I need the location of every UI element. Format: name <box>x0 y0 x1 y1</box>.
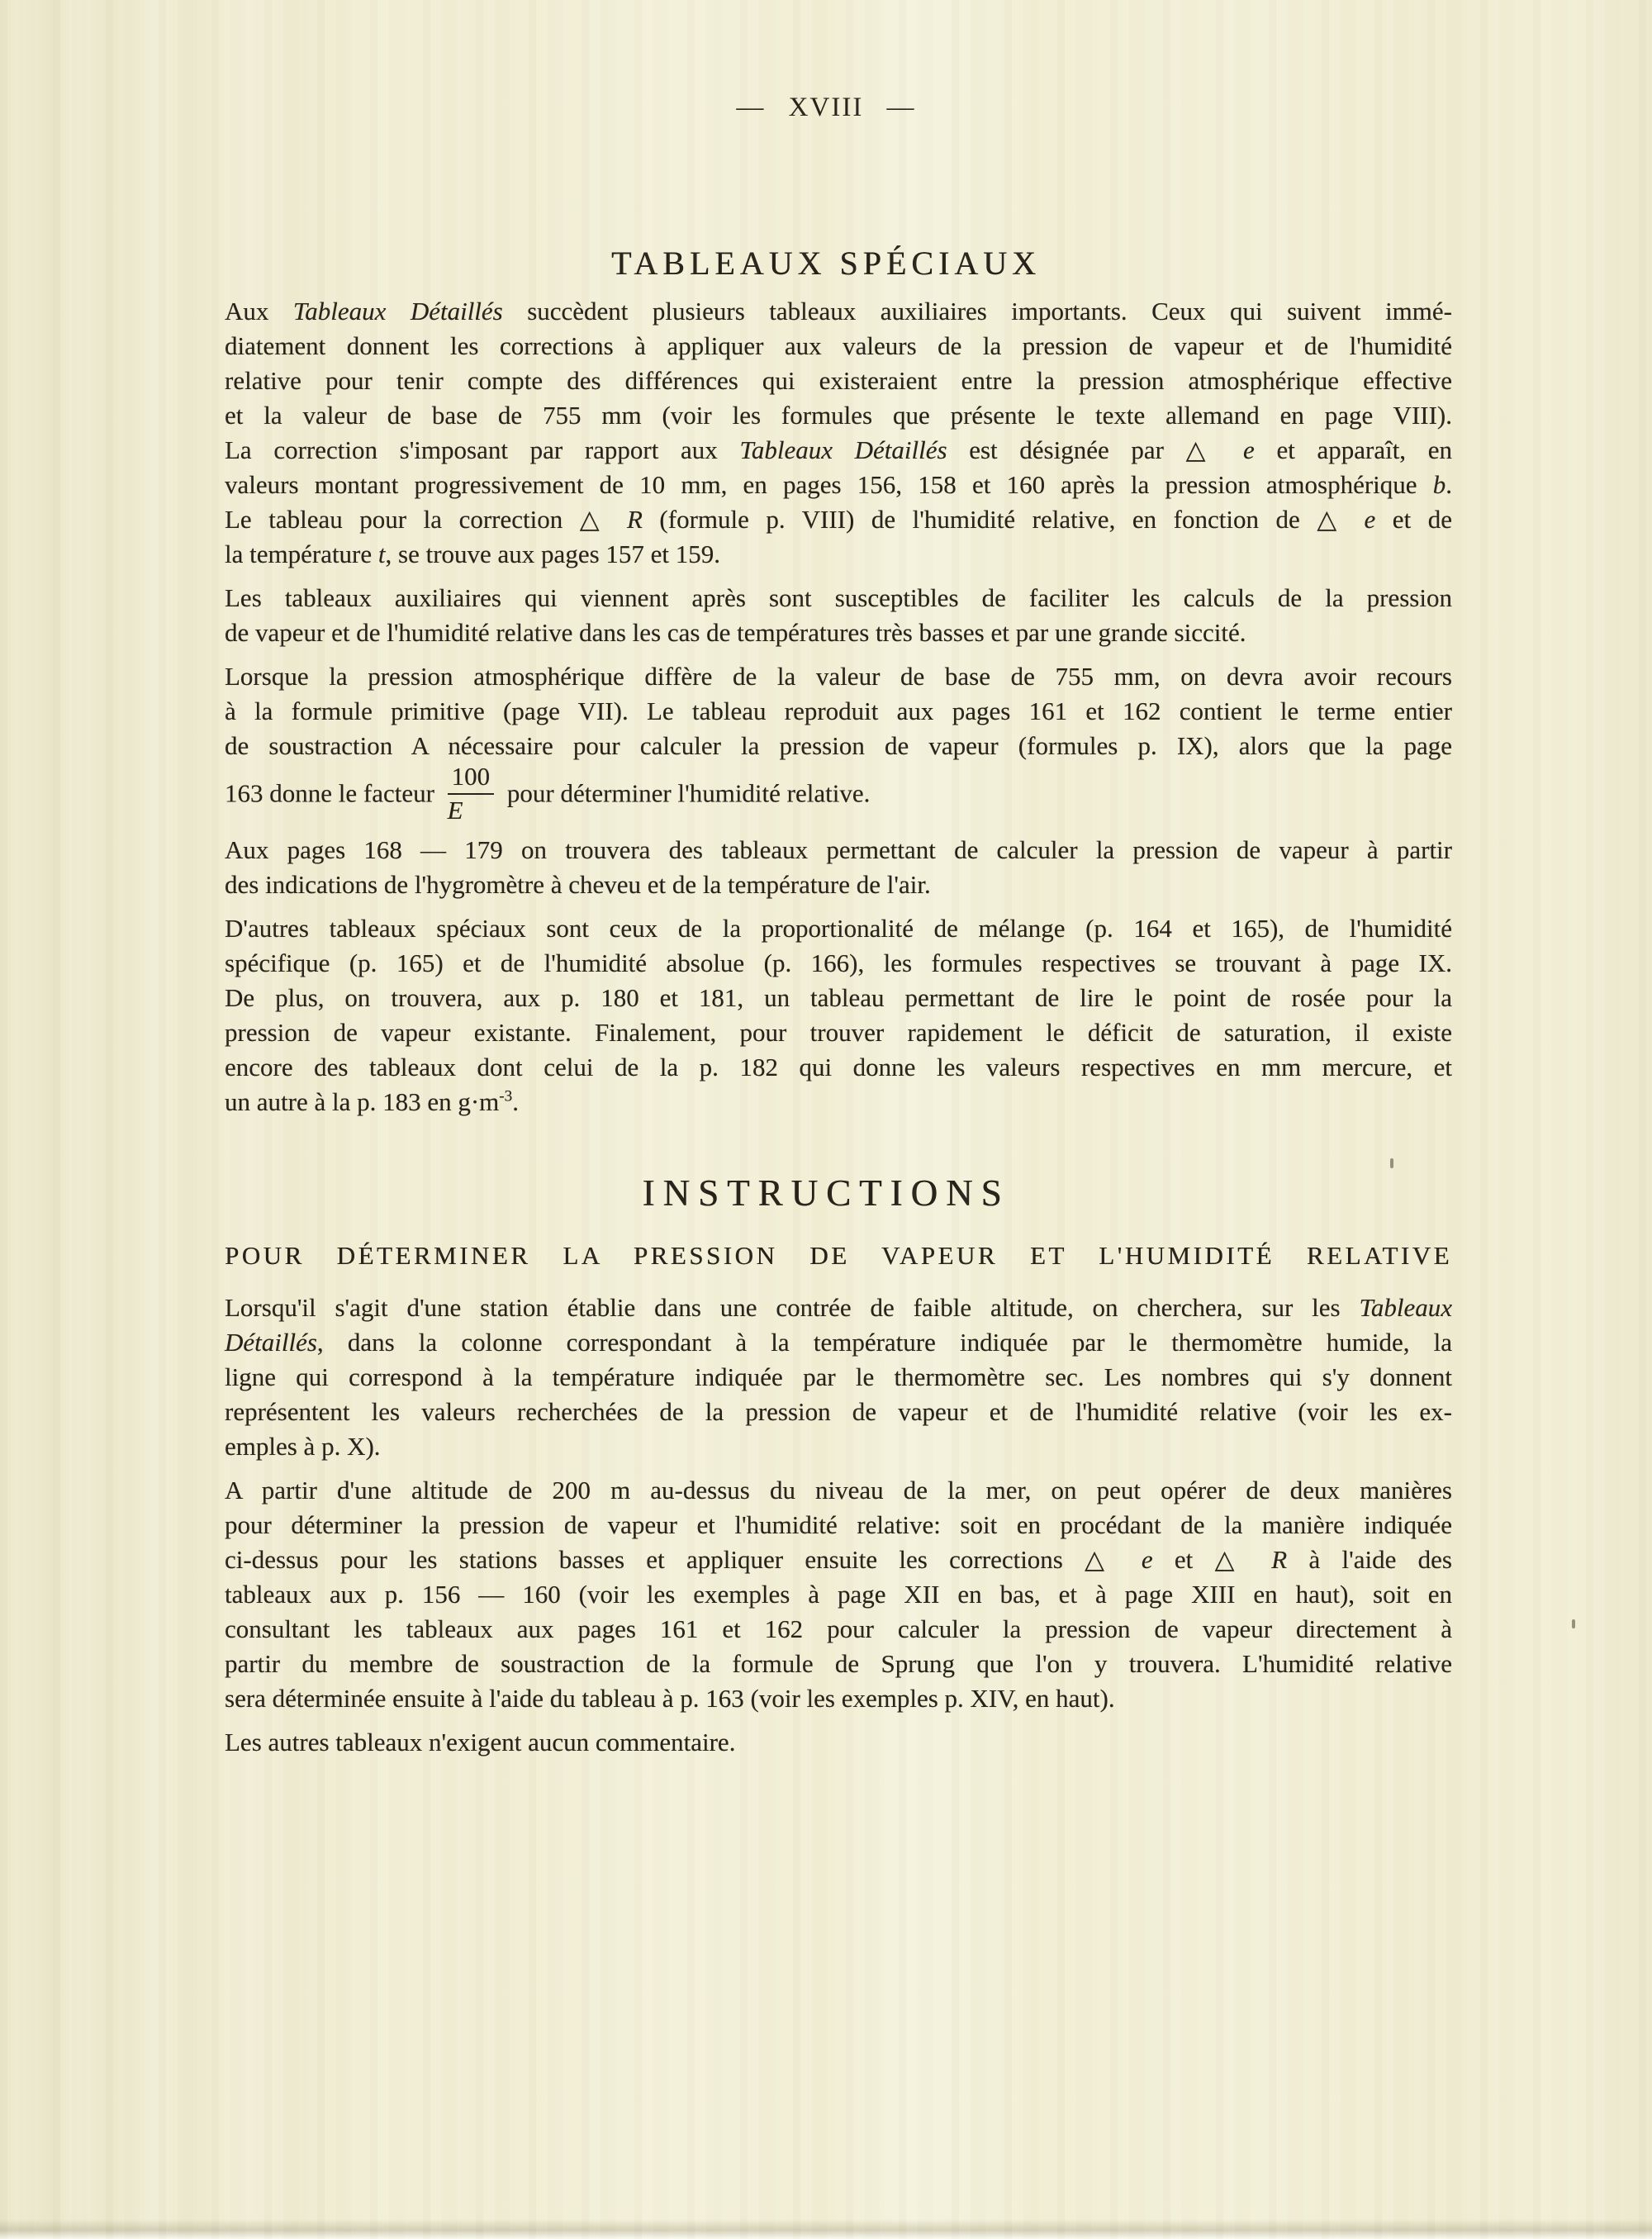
text-line: emples à p. X). <box>225 1429 1452 1464</box>
page-bottom-edge <box>0 2219 1652 2239</box>
paragraph: Lorsque la pression atmosphérique diffèr… <box>225 659 1452 824</box>
text-line: Détaillés, dans la colonne correspondant… <box>225 1325 1452 1360</box>
paragraph: A partir d'une altitude de 200 m au-dess… <box>225 1473 1452 1716</box>
scanned-page: — XVIII — TABLEAUX SPÉCIAUX Aux Tableaux… <box>0 0 1652 2239</box>
ink-speck <box>1572 1619 1575 1628</box>
text-line: Le tableau pour la correction △ R (formu… <box>225 502 1452 537</box>
text-line: relative pour tenir compte des différenc… <box>225 364 1452 398</box>
text-line: ci-dessus pour les stations basses et ap… <box>225 1543 1452 1577</box>
text-line: consultant les tableaux aux pages 161 et… <box>225 1612 1452 1647</box>
text-line: pour déterminer la pression de vapeur et… <box>225 1508 1452 1543</box>
text-line: A partir d'une altitude de 200 m au-dess… <box>225 1473 1452 1508</box>
text-line: sera déterminée ensuite à l'aide du tabl… <box>225 1681 1452 1716</box>
text-line: Lorsque la pression atmosphérique diffèr… <box>225 659 1452 694</box>
instructions-subtitle: POUR DÉTERMINER LA PRESSION DE VAPEUR ET… <box>225 1241 1452 1271</box>
text-line: de soustraction A nécessaire pour calcul… <box>225 729 1452 763</box>
section-title-tableaux-speciaux: TABLEAUX SPÉCIAUX <box>0 244 1652 283</box>
text-line: D'autres tableaux spéciaux sont ceux de … <box>225 911 1452 946</box>
paragraph: Aux pages 168 — 179 on trouvera des tabl… <box>225 833 1452 902</box>
text-line: partir du membre de soustraction de la f… <box>225 1647 1452 1681</box>
text-line: Lorsqu'il s'agit d'une station établie d… <box>225 1291 1452 1325</box>
text-line: encore des tableaux dont celui de la p. … <box>225 1050 1452 1085</box>
text-line: ligne qui correspond à la température in… <box>225 1360 1452 1395</box>
paragraph: Les tableaux auxiliaires qui viennent ap… <box>225 581 1452 650</box>
text-line: représentent les valeurs recherchées de … <box>225 1395 1452 1429</box>
text-line: à la formule primitive (page VII). Le ta… <box>225 694 1452 729</box>
text-line: Les autres tableaux n'exigent aucun comm… <box>225 1725 1452 1760</box>
paragraph: Lorsqu'il s'agit d'une station établie d… <box>225 1291 1452 1464</box>
section-title-instructions: INSTRUCTIONS <box>0 1172 1652 1215</box>
text-line: spécifique (p. 165) et de l'humidité abs… <box>225 946 1452 981</box>
text-line: un autre à la p. 183 en g·m-3. <box>225 1085 1452 1119</box>
text-line: de vapeur et de l'humidité relative dans… <box>225 616 1452 650</box>
paragraph: D'autres tableaux spéciaux sont ceux de … <box>225 911 1452 1119</box>
text-line: De plus, on trouvera, aux p. 180 et 181,… <box>225 981 1452 1015</box>
text-line: pression de vapeur existante. Finalement… <box>225 1015 1452 1050</box>
section-instructions-body: Lorsqu'il s'agit d'une station établie d… <box>225 1291 1452 1769</box>
text-line: Les tableaux auxiliaires qui viennent ap… <box>225 581 1452 616</box>
text-line: des indications de l'hygromètre à cheveu… <box>225 868 1452 902</box>
text-line: et la valeur de base de 755 mm (voir les… <box>225 398 1452 433</box>
text-line: 163 donne le facteur 100E pour détermine… <box>225 763 1452 824</box>
text-line: valeurs montant progressivement de 10 mm… <box>225 468 1452 502</box>
text-line: diatement donnent les corrections à appl… <box>225 329 1452 364</box>
page-number: — XVIII — <box>0 93 1652 123</box>
section-tableaux-speciaux-body: Aux Tableaux Détaillés succèdent plusieu… <box>225 294 1452 1129</box>
text-line: Aux pages 168 — 179 on trouvera des tabl… <box>225 833 1452 868</box>
paragraph: Les autres tableaux n'exigent aucun comm… <box>225 1725 1452 1760</box>
text-line: Aux Tableaux Détaillés succèdent plusieu… <box>225 294 1452 329</box>
text-line: La correction s'imposant par rapport aux… <box>225 433 1452 468</box>
text-line: tableaux aux p. 156 — 160 (voir les exem… <box>225 1577 1452 1612</box>
text-line: la température t, se trouve aux pages 15… <box>225 537 1452 572</box>
paragraph: Aux Tableaux Détaillés succèdent plusieu… <box>225 294 1452 572</box>
ink-speck <box>1390 1158 1393 1168</box>
fraction: 100E <box>448 763 495 824</box>
